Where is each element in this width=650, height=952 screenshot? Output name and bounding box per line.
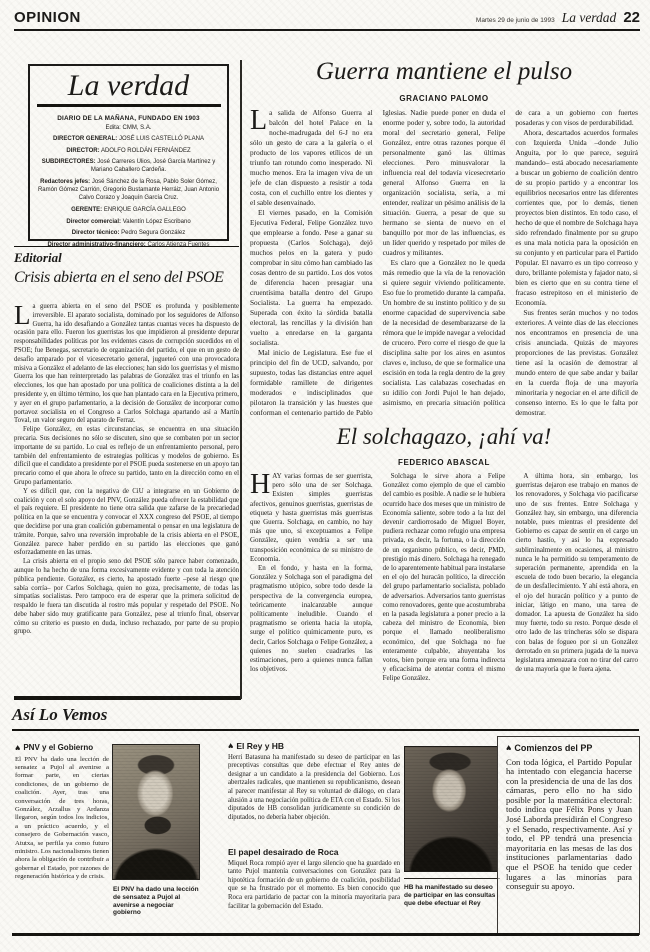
staff-role: DIRECTOR:: [66, 148, 99, 154]
staff-name: Valentín López Escribano: [123, 219, 191, 225]
inverted-heart-icon: ♥: [15, 744, 20, 752]
news-item-title: ♥ Comienzos del PP: [506, 744, 632, 754]
news-item-title: El papel desairado de Roca: [228, 848, 400, 857]
photo-caption: El PNV ha dado una lección de sensatez a…: [113, 886, 201, 917]
article-paragraph: Sus frentes serán muchos y no todos exte…: [515, 308, 638, 418]
staff-line: Redactores jefes: José Sánchez de la Ros…: [36, 179, 221, 202]
news-item-pnv: ♥ PNV y el Gobierno El PNV ha dado una l…: [15, 744, 109, 882]
masthead-box: La verdad DIARIO DE LA MAÑANA, FUNDADO E…: [28, 64, 229, 241]
staff-role: SUBDIRECTORES:: [42, 159, 96, 165]
editorial-section-label: Editorial: [14, 246, 239, 266]
staff-line: GERENTE: ENRIQUE GARCÍA GALLEGO: [36, 207, 221, 215]
editorial-paragraph: Felipe González, en estas circunstancias…: [14, 426, 239, 488]
editorial-headline: Crisis abierta en el seno del PSOE: [14, 269, 241, 287]
editorial-paragraph: Y es difícil que, con la negativa de CiU…: [14, 488, 239, 558]
masthead-edita-line: Edita: CMM, S.A.: [36, 125, 221, 131]
staff-role: Redactores jefes:: [40, 179, 90, 185]
staff-name: José Carreres Ulios, José García Martíne…: [91, 159, 216, 173]
news-item-title-text: El Rey y HB: [236, 742, 284, 751]
article-paragraph: HAY varias formas de ser guerrista, pero…: [250, 472, 373, 564]
news-item-body: Herri Batasuna ha manifestado su deseo d…: [228, 754, 400, 823]
page-number: 22: [623, 9, 640, 26]
staff-name: Pedro Segura González: [121, 230, 185, 236]
staff-role: Director comercial:: [66, 219, 121, 225]
article-paragraph: La salida de Alfonso Guerra al balcón de…: [250, 108, 373, 208]
news-item-title-text: Comienzos del PP: [514, 744, 592, 754]
asi-lo-vemos-rule: [12, 729, 639, 731]
inverted-heart-icon: ♥: [228, 742, 233, 750]
news-item-roca: El papel desairado de Roca Miquel Roca r…: [228, 848, 400, 911]
staff-line: DIRECTOR GENERAL: JOSÉ LUIS CASTELLÓ PLA…: [36, 136, 221, 144]
staff-line: SUBDIRECTORES: José Carreres Ulios, José…: [36, 159, 221, 174]
staff-role: Director técnico:: [72, 230, 120, 236]
photo-hb-portrait: [404, 746, 498, 872]
staff-line: Director técnico: Pedro Segura González: [36, 230, 221, 238]
staff-line: Director comercial: Valentín López Escri…: [36, 219, 221, 227]
column-divider: [240, 60, 242, 699]
news-item-pp-box: ♥ Comienzos del PP Con toda lógica, el P…: [497, 736, 640, 935]
inverted-heart-icon: ♥: [506, 744, 511, 752]
newspaper-opinion-page: OPINION Martes 29 de junio de 1993 La ve…: [0, 0, 650, 952]
masthead-title: La verdad: [36, 70, 221, 102]
staff-name: ADOLFO ROLDÁN FERNÁNDEZ: [101, 148, 191, 154]
photo-pujol-portrait: [112, 744, 200, 880]
photo-caption: HB ha manifestado su deseo de participar…: [404, 884, 496, 907]
news-item-body: Con toda lógica, el Partido Popular ha i…: [506, 758, 632, 892]
caption-divider: [404, 878, 500, 879]
article-paragraph: A última hora, sin embargo, los guerrist…: [515, 472, 638, 674]
news-item-body: Miquel Roca rompió ayer el largo silenci…: [228, 860, 400, 912]
article-byline: GRACIANO PALOMO: [250, 94, 638, 103]
page-bottom-rule: [12, 933, 639, 936]
paper-name: La verdad: [562, 10, 617, 26]
article-paragraph: El viernes pasado, en la Comisión Ejecut…: [250, 208, 373, 348]
news-item-title: ♥ PNV y el Gobierno: [15, 744, 109, 753]
staff-name: ENRIQUE GARCÍA GALLEGO: [104, 207, 186, 213]
staff-role: GERENTE:: [71, 207, 102, 213]
staff-name: JOSÉ LUIS CASTELLÓ PLANA: [119, 136, 204, 142]
masthead-divider: [37, 104, 221, 107]
editorial-paragraph: La crisis abierta en el propio seno del …: [14, 558, 239, 637]
news-item-title: ♥ El Rey y HB: [228, 742, 400, 751]
article-headline: Guerra mantiene el pulso: [250, 58, 638, 86]
editorial-bottom-rule: [14, 696, 241, 700]
article-paragraph: En el fondo, y hasta en la forma, Gonzál…: [250, 564, 373, 674]
staff-line: DIRECTOR: ADOLFO ROLDÁN FERNÁNDEZ: [36, 148, 221, 156]
article-body: La salida de Alfonso Guerra al balcón de…: [250, 108, 638, 420]
masthead-founded-line: DIARIO DE LA MAÑANA, FUNDADO EN 1903: [36, 115, 221, 122]
article-headline: El solchagazo, ¡ahí va!: [250, 424, 638, 450]
news-item-body: El PNV ha dado una lección de sensatez a…: [15, 756, 109, 882]
news-item-rey-hb: ♥ El Rey y HB Herri Batasuna ha manifest…: [228, 742, 400, 822]
article-byline: FEDERICO ABASCAL: [250, 458, 638, 467]
page-header-right: Martes 29 de junio de 1993 La verdad 22: [476, 9, 640, 26]
news-item-title-text: PNV y el Gobierno: [23, 744, 93, 753]
staff-role: DIRECTOR GENERAL:: [53, 136, 117, 142]
editorial-paragraph: La guerra abierta en el seno del PSOE es…: [14, 303, 239, 426]
article-paragraph: Ahora, descartados acuerdos formales con…: [515, 128, 638, 308]
page-header: OPINION Martes 29 de junio de 1993 La ve…: [14, 6, 640, 31]
section-label: OPINION: [14, 9, 81, 26]
article-body: HAY varias formas de ser guerrista, pero…: [250, 472, 638, 698]
editorial-body: La guerra abierta en el seno del PSOE es…: [14, 303, 239, 693]
asi-lo-vemos-heading: Así Lo Vemos: [12, 705, 107, 725]
article-paragraph: Solchaga le sirve ahora a Felipe Gonzále…: [383, 472, 506, 684]
date-label: Martes 29 de junio de 1993: [476, 17, 555, 24]
news-item-title-text: El papel desairado de Roca: [228, 848, 339, 857]
